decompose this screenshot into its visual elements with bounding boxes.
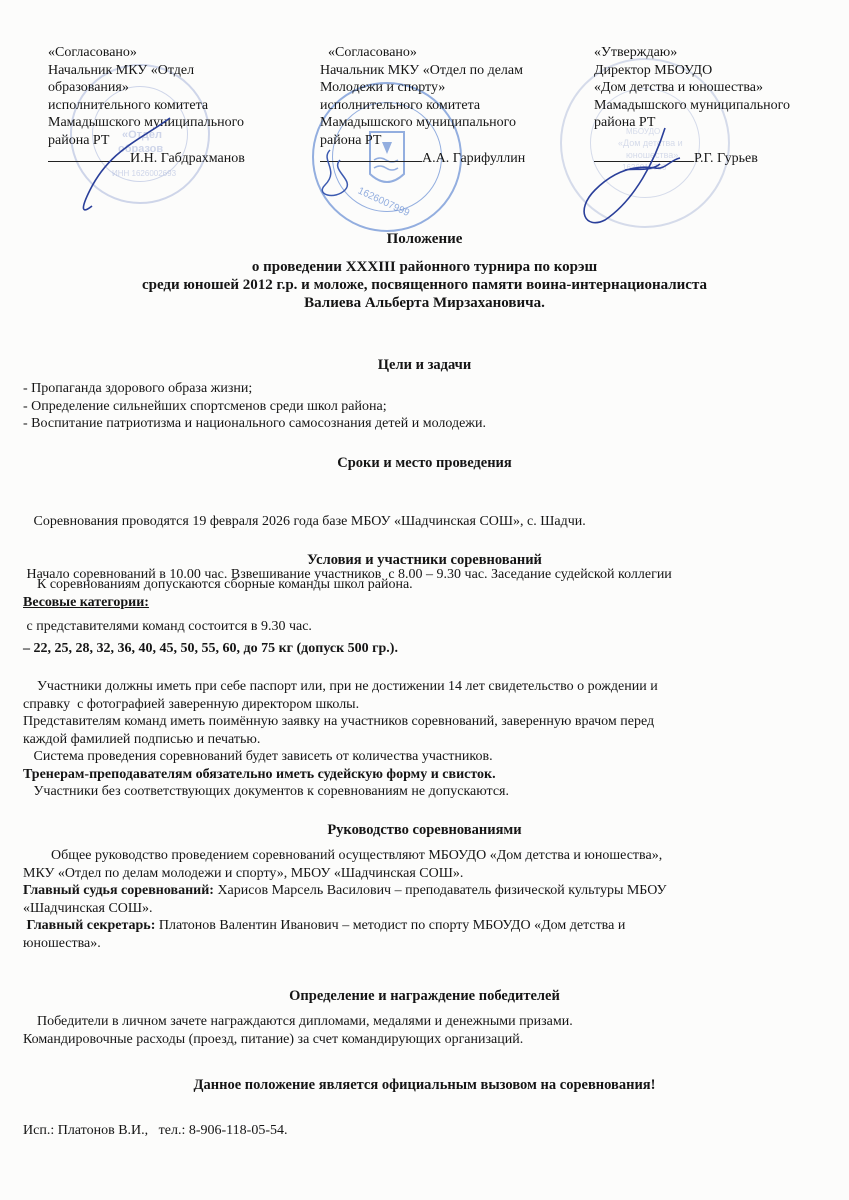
chief-judge-line: Главный судья соревнований: Харисов Марс…	[23, 882, 829, 900]
conditions-line: справку с фотографией заверенную директо…	[23, 696, 829, 714]
secretary-label: Главный секретарь:	[23, 918, 155, 933]
awards-line: Командировочные расходы (проезд, питание…	[23, 1031, 829, 1049]
section-heading-awards: Определение и награждение победителей	[0, 988, 849, 1005]
secretary-cont: юношества».	[23, 935, 829, 953]
goal-item: - Воспитание патриотизма и национального…	[23, 415, 829, 433]
signature-underline	[48, 149, 130, 162]
goals-list: - Пропаганда здорового образа жизни; - О…	[23, 380, 829, 433]
approval-line: района РТ	[48, 132, 245, 150]
weight-categories-values: – 22, 25, 28, 32, 36, 40, 45, 50, 55, 60…	[23, 640, 829, 658]
approval-block-dom-detstva: «Утверждаю» Директор МБОУДО «Дом детства…	[594, 44, 790, 167]
subtitle-line: среди юношей 2012 г.р. и моложе, посвяще…	[0, 276, 849, 294]
section-heading-schedule: Сроки и место проведения	[0, 455, 849, 472]
approval-line: района РТ	[320, 132, 525, 150]
schedule-line: Соревнования проводятся 19 февраля 2026 …	[23, 513, 829, 531]
secretary-line: Главный секретарь: Платонов Валентин Ива…	[23, 917, 829, 935]
approval-line: «Дом детства и юношества»	[594, 79, 790, 97]
approval-line: Начальник МКУ «Отдел	[48, 62, 245, 80]
conditions-line: Участники без соответствующих документов…	[23, 783, 829, 801]
conditions-line: Участники должны иметь при себе паспорт …	[23, 678, 829, 696]
approval-signer: Р.Г. Гурьев	[694, 151, 758, 166]
chief-judge-label: Главный судья соревнований:	[23, 883, 214, 898]
section-heading-conditions: Условия и участники соревнований	[0, 552, 849, 569]
approval-signature-line: И.Н. Габдрахманов	[48, 149, 245, 168]
goal-item: - Пропаганда здорового образа жизни;	[23, 380, 829, 398]
weight-categories-label: Весовые категории:	[23, 594, 829, 612]
signature-underline	[320, 149, 422, 162]
conditions-line: каждой фамилией подписью и печатью.	[23, 731, 829, 749]
subtitle-line: Валиева Альберта Мирзахановича.	[0, 294, 849, 312]
contact-line: Исп.: Платонов В.И., тел.: 8-906-118-05-…	[23, 1122, 829, 1140]
management-text: Общее руководство проведением соревнован…	[23, 847, 829, 952]
approval-line: исполнительного комитета	[320, 97, 525, 115]
conditions-line: Представителям команд иметь поимённую за…	[23, 713, 829, 731]
conditions-bold-line: Тренерам-преподавателям обязательно имет…	[23, 766, 829, 784]
schedule-line: с представителями команд состоится в 9.3…	[23, 618, 829, 636]
secretary-text: Платонов Валентин Иванович – методист по…	[155, 918, 625, 933]
conditions-intro: К соревнованиям допускаются сборные кома…	[23, 576, 829, 611]
document-title: Положение	[0, 230, 849, 248]
awards-text: Победители в личном зачете награждаются …	[23, 1013, 829, 1048]
document-subtitle: о проведении XXXIII районного турнира по…	[0, 258, 849, 312]
conditions-intro-line: К соревнованиям допускаются сборные кома…	[23, 576, 829, 594]
chief-judge-text: Харисов Марсель Василович – преподавател…	[214, 883, 667, 898]
management-line: Общее руководство проведением соревнован…	[23, 847, 829, 865]
subtitle-line: о проведении XXXIII районного турнира по…	[0, 258, 849, 276]
approval-line: района РТ	[594, 114, 790, 132]
weight-categories-line: – 22, 25, 28, 32, 36, 40, 45, 50, 55, 60…	[23, 640, 829, 658]
conditions-line: Система проведения соревнований будет за…	[23, 748, 829, 766]
awards-line: Победители в личном зачете награждаются …	[23, 1013, 829, 1031]
svg-text:ИНН 1626002693: ИНН 1626002693	[112, 169, 177, 178]
approval-line: Молодежи и спорту»	[320, 79, 525, 97]
svg-text:1626007999: 1626007999	[356, 186, 411, 220]
approval-signer: А.А. Гарифуллин	[422, 151, 525, 166]
section-heading-goals: Цели и задачи	[0, 357, 849, 374]
approval-line: Мамадышского муниципального	[48, 114, 245, 132]
approval-block-otdel-obrazovaniya: «Согласовано» Начальник МКУ «Отдел образ…	[48, 44, 245, 168]
approval-line: Мамадышского муниципального	[594, 97, 790, 115]
approval-line: Директор МБОУДО	[594, 62, 790, 80]
contact-info: Исп.: Платонов В.И., тел.: 8-906-118-05-…	[23, 1122, 829, 1140]
management-line: МКУ «Отдел по делам молодежи и спорту», …	[23, 865, 829, 883]
approval-line: исполнительного комитета	[48, 97, 245, 115]
approval-heading: «Согласовано»	[320, 44, 525, 62]
approval-signature-line: Р.Г. Гурьев	[594, 149, 790, 168]
conditions-text: Участники должны иметь при себе паспорт …	[23, 678, 829, 801]
approval-line: Начальник МКУ «Отдел по делам	[320, 62, 525, 80]
approval-heading: «Утверждаю»	[594, 44, 790, 62]
goal-item: - Определение сильнейших спортсменов сре…	[23, 398, 829, 416]
approval-signature-line: А.А. Гарифуллин	[320, 149, 525, 168]
signature-underline	[594, 149, 694, 162]
approval-signer: И.Н. Габдрахманов	[130, 151, 245, 166]
closing-statement: Данное положение является официальным вы…	[0, 1077, 849, 1094]
approval-line: Мамадышского муниципального	[320, 114, 525, 132]
approval-heading: «Согласовано»	[48, 44, 245, 62]
chief-judge-cont: «Шадчинская СОШ».	[23, 900, 829, 918]
document-page: «Отдел образов ИНН 1626002693 1626007999…	[0, 0, 849, 1200]
section-heading-management: Руководство соревнованиями	[0, 822, 849, 839]
approval-block-otdel-molodezhi: «Согласовано» Начальник МКУ «Отдел по де…	[320, 44, 525, 168]
approval-line: образования»	[48, 79, 245, 97]
